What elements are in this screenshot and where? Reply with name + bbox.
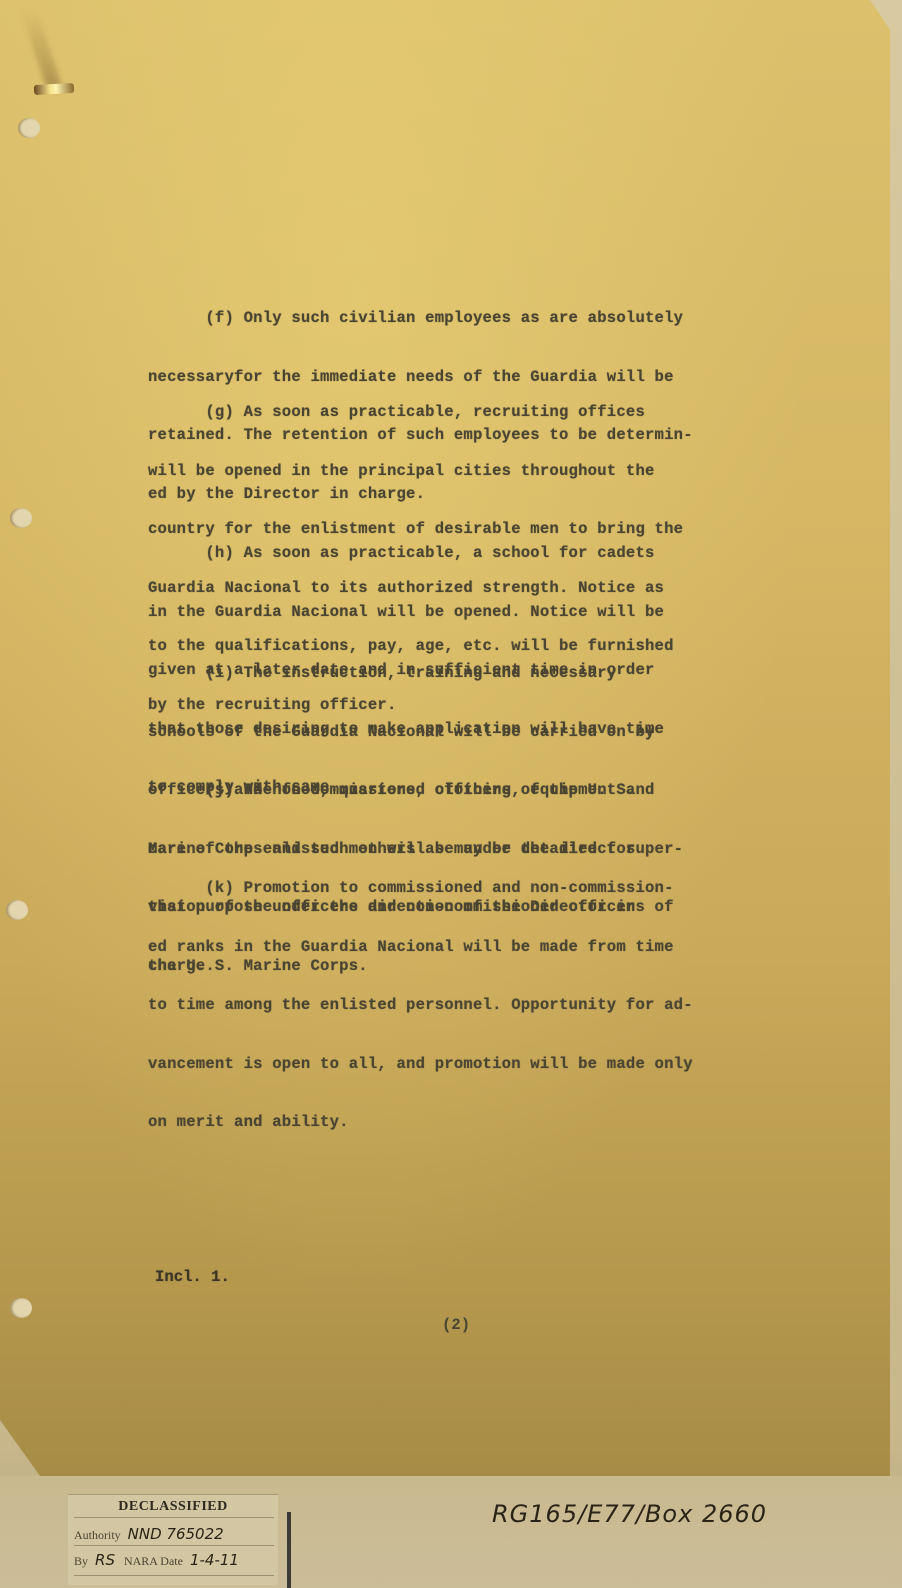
label-divider [287,1512,291,1588]
nara-date-label: NARA Date [124,1554,183,1568]
text-line: on merit and ability. [148,1113,808,1133]
authority-label: Authority [74,1528,121,1542]
text-line: (h) As soon as practicable, a school for… [148,544,808,564]
text-line: (j) The food, quarters, clothing, equipm… [148,781,808,801]
text-line: (g) As soon as practicable, recruiting o… [148,403,808,423]
stamp-rule [74,1517,274,1518]
date-value: 1-4-11 [190,1551,239,1569]
text-line: to time among the enlisted personnel. Op… [148,996,808,1016]
punch-hole-icon [10,1298,32,1318]
stamp-rule [74,1575,274,1576]
text-line: (k) Promotion to commissioned and non-co… [148,879,808,899]
declassification-stamp: DECLASSIFIED Authority NND 765022 By RS … [68,1494,278,1585]
by-label: By [74,1554,88,1568]
staple-icon [34,83,74,95]
text-line: ed ranks in the Guardia Nacional will be… [148,938,808,958]
text-line: schools of the Guardia Nacional will be … [148,723,808,743]
stamp-title: DECLASSIFIED [68,1499,278,1515]
stamp-authority-row: Authority NND 765022 [74,1525,224,1543]
text-line: (i) The instruction, training and necess… [148,664,808,684]
record-group-reference: RG165/E77/Box 2660 [492,1500,767,1528]
text-line: will be opened in the principal cities t… [148,462,808,482]
punch-hole-icon [6,900,28,920]
authority-value: NND 765022 [128,1525,224,1543]
stamp-rule [74,1545,274,1546]
document-page: (f) Only such civilian employees as are … [0,0,890,1476]
punch-hole-icon [10,508,32,528]
text-line: in the Guardia Nacional will be opened. … [148,603,808,623]
punch-hole-icon [18,118,40,138]
stamp-by-row: By RS NARA Date 1-4-11 [74,1551,239,1569]
inclosure-note: Incl. 1. [155,1268,230,1286]
text-line: (f) Only such civilian employees as are … [148,309,808,329]
paragraph-k: (k) Promotion to commissioned and non-co… [148,840,808,1172]
page-number: (2) [442,1316,470,1334]
text-line: vancement is open to all, and promotion … [148,1055,808,1075]
by-value: RS [95,1551,115,1569]
staple-shadow [21,10,63,90]
